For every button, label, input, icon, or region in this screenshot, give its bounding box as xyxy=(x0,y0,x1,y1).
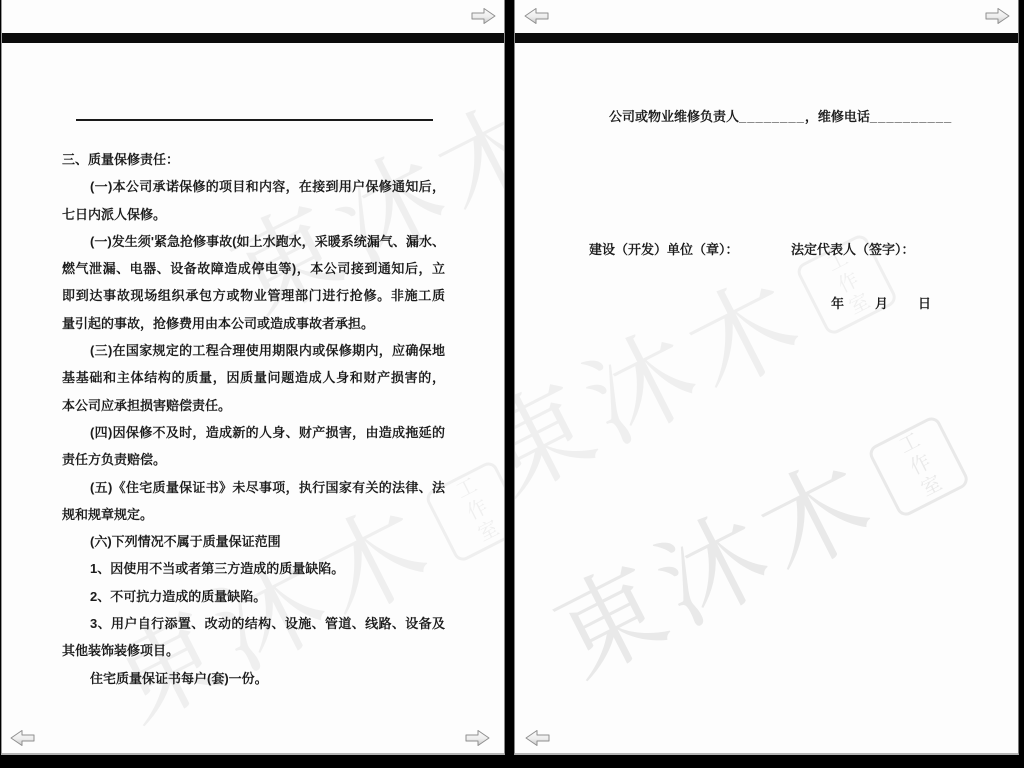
text-line: (五)《住宅质量保证书》未尽事项，执行国家有关的法律、法 xyxy=(62,474,445,501)
watermark-brand: 東沐木 工作室 xyxy=(514,220,905,512)
text-line: 量引起的事故，抢修费用由本公司或造成事故者承担。 xyxy=(62,310,445,337)
watermark-brand-text: 東沐木 xyxy=(514,261,823,511)
maintenance-person-label: 公司或物业维修负责人 xyxy=(609,109,739,124)
text-line: 燃气泄漏、电器、设备故障造成停电等)，本公司接到通知后，立 xyxy=(62,255,445,282)
maintenance-contact-line: 公司或物业维修负责人________，维修电话__________ xyxy=(609,106,952,125)
month-label: 月 xyxy=(875,296,888,311)
document-preview-canvas: 東沐木 工作室 東沐木 工作室 三、质量保修责任： (一)本公司承诺保修的项目和… xyxy=(0,0,1024,768)
watermark-stamp-text: 工作室 xyxy=(450,474,501,547)
text-line: (一)本公司承诺保修的项目和内容，在接到用户保修通知后， xyxy=(62,173,445,200)
maintenance-phone-label: 维修电话 xyxy=(818,109,870,124)
watermark-stamp-text: 工作室 xyxy=(893,429,944,502)
prev-page-arrow-icon[interactable] xyxy=(525,729,550,747)
year-label: 年 xyxy=(831,296,844,311)
prev-page-arrow-icon[interactable] xyxy=(524,7,549,25)
developer-seal-label: 建设（开发）单位（章）： xyxy=(589,239,739,258)
watermark-brand-text: 東沐木 xyxy=(540,443,895,693)
maintenance-phone-blank: __________ xyxy=(870,109,952,124)
text-line: (三)在国家规定的工程合理使用期限内或保修期内，应确保地 xyxy=(62,337,445,364)
text-line: 即到达事故现场组织承包方或物业管理部门进行抢修。非施工质 xyxy=(62,282,445,309)
day-label: 日 xyxy=(918,296,931,311)
separator-comma: ， xyxy=(805,109,818,124)
maintenance-person-blank: ________ xyxy=(739,109,805,124)
text-line: 三、质量保修责任： xyxy=(62,146,445,173)
document-page-left: 東沐木 工作室 東沐木 工作室 三、质量保修责任： (一)本公司承诺保修的项目和… xyxy=(1,0,505,755)
separator-line xyxy=(76,119,433,121)
text-line: 1、因使用不当或者第三方造成的质量缺陷。 xyxy=(62,555,445,582)
text-line: (四)因保修不及时，造成新的人身、财产损害，由造成拖延的 xyxy=(62,419,445,446)
text-line: 责任方负责赔偿。 xyxy=(62,446,445,473)
next-page-arrow-icon[interactable] xyxy=(465,729,490,747)
text-line: 规和规章规定。 xyxy=(62,501,445,528)
date-line: 年月日 xyxy=(831,293,931,312)
watermark-stamp: 工作室 xyxy=(866,414,971,519)
text-line: 基基础和主体结构的质量，因质量问题造成人身和财产损害的， xyxy=(62,364,445,391)
page-edge-bar xyxy=(2,33,504,43)
text-line: 3、用户自行添置、改动的结构、设施、管道、线路、设备及 xyxy=(62,610,445,637)
text-line: 住宅质量保证书每户(套)一份。 xyxy=(62,665,445,692)
document-page-right: 東沐木 工作室 東沐木 工作室 公司或物业维修负责人________，维修电话_… xyxy=(514,0,1019,755)
warranty-terms-text: 三、质量保修责任： (一)本公司承诺保修的项目和内容，在接到用户保修通知后， 七… xyxy=(62,146,445,692)
watermark-brand: 東沐木 工作室 xyxy=(540,402,977,694)
text-line: (一)发生须'紧急抢修事故(如上水跑水，采暖系统漏气、漏水、 xyxy=(62,228,445,255)
text-line: 其他装饰装修项目。 xyxy=(62,637,445,664)
next-page-arrow-icon[interactable] xyxy=(985,7,1010,25)
text-line: 2、不可抗力造成的质量缺陷。 xyxy=(62,583,445,610)
text-line: 七日内派人保修。 xyxy=(62,201,445,228)
legal-rep-label: 法定代表人（签字）： xyxy=(791,239,915,258)
page-edge-bar xyxy=(515,33,1018,43)
next-page-arrow-icon[interactable] xyxy=(471,7,496,25)
text-line: 本公司应承担损害赔偿责任。 xyxy=(62,392,445,419)
text-line: (六)下列情况不属于质量保证范围 xyxy=(62,528,445,555)
prev-page-arrow-icon[interactable] xyxy=(10,729,35,747)
